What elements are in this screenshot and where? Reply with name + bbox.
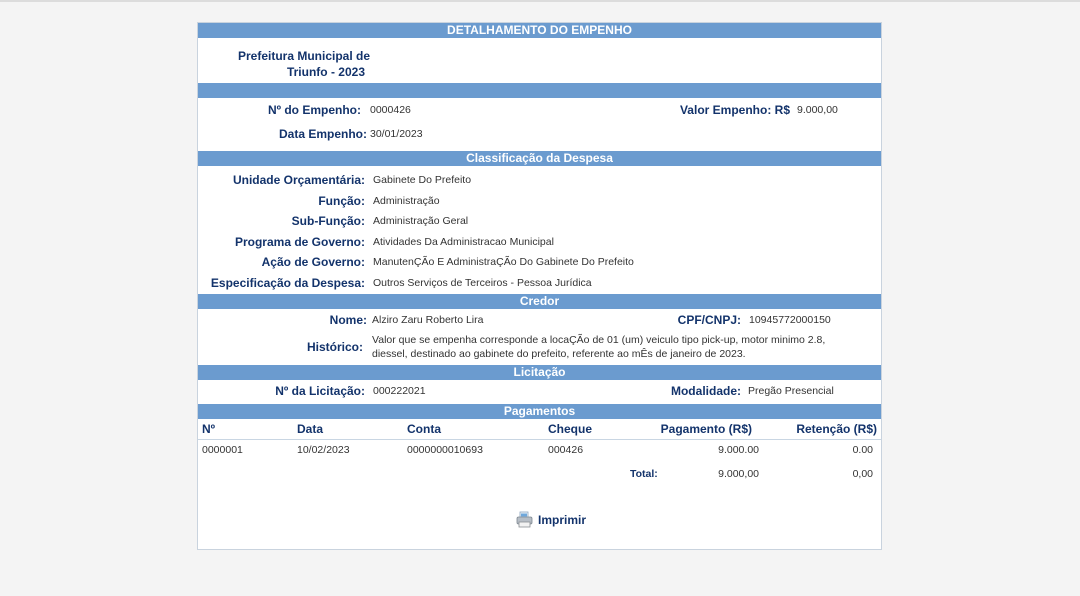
col-header-cheque: Cheque (548, 422, 592, 436)
classificacao-label: Programa de Governo: (235, 235, 365, 249)
classificacao-label: Unidade Orçamentária: (233, 173, 365, 187)
classificacao-label: Ação de Governo: (262, 255, 365, 269)
section-credor: Credor (198, 294, 881, 309)
print-button[interactable]: Imprimir (516, 511, 586, 528)
col-header-numero: Nº (202, 422, 215, 436)
row-conta: 0000000010693 (407, 444, 483, 456)
section-licitacao: Licitação (198, 365, 881, 380)
classificacao-label: Sub-Função: (292, 214, 365, 228)
col-header-retencao: Retenção (R$) (796, 422, 877, 436)
page-title: DETALHAMENTO DO EMPENHO (198, 23, 881, 38)
historico-line1: Valor que se empenha corresponde a locaÇ… (372, 334, 825, 346)
classificacao-value: Outros Serviços de Terceiros - Pessoa Ju… (373, 277, 592, 289)
row-cheque: 000426 (548, 444, 583, 456)
empenho-date-label: Data Empenho: (279, 127, 367, 141)
empenho-date: 30/01/2023 (370, 128, 423, 140)
total-label: Total: (630, 468, 658, 480)
licitacao-number: 000222021 (373, 385, 426, 397)
empenho-number: 0000426 (370, 104, 411, 116)
print-label: Imprimir (538, 513, 586, 527)
classificacao-label: Função: (318, 194, 365, 208)
cpf-cnpj: 10945772000150 (749, 314, 831, 326)
historico-line2: diessel, destinado ao gabinete do prefei… (372, 348, 746, 360)
org-name-line2: Triunfo - 2023 (238, 65, 365, 79)
licitacao-number-label: Nº da Licitação: (275, 384, 365, 398)
empenho-value: 9.000,00 (797, 104, 838, 116)
historico-label: Histórico: (307, 340, 363, 354)
total-pagamento: 9.000,00 (718, 468, 759, 480)
row-data: 10/02/2023 (297, 444, 350, 456)
col-header-conta: Conta (407, 422, 441, 436)
empenho-detail-panel: DETALHAMENTO DO EMPENHO Prefeitura Munic… (197, 22, 882, 550)
classificacao-label: Especificação da Despesa: (211, 276, 365, 290)
section-bar-blank (198, 83, 881, 98)
total-retencao: 0,00 (853, 468, 873, 480)
credor-name: Alziro Zaru Roberto Lira (372, 314, 483, 326)
col-header-pagamento: Pagamento (R$) (661, 422, 752, 436)
row-numero: 0000001 (202, 444, 243, 456)
table-header-divider (198, 439, 881, 440)
empenho-value-label: Valor Empenho: R$ (680, 103, 790, 117)
classificacao-value: Administração Geral (373, 215, 468, 227)
section-pagamentos: Pagamentos (198, 404, 881, 419)
top-border (0, 0, 1080, 2)
classificacao-value: Administração (373, 195, 440, 207)
printer-icon (516, 511, 533, 528)
modalidade: Pregão Presencial (748, 385, 834, 397)
classificacao-value: ManutenÇÃo E AdministraÇÃo Do Gabinete D… (373, 256, 634, 268)
classificacao-value: Atividades Da Administracao Municipal (373, 236, 554, 248)
row-retencao: 0.00 (853, 444, 873, 456)
empenho-number-label: Nº do Empenho: (268, 103, 361, 117)
section-classificacao: Classificação da Despesa (198, 151, 881, 166)
cpf-cnpj-label: CPF/CNPJ: (678, 313, 741, 327)
row-pagamento: 9.000.00 (718, 444, 759, 456)
modalidade-label: Modalidade: (671, 384, 741, 398)
classificacao-value: Gabinete Do Prefeito (373, 174, 471, 186)
credor-name-label: Nome: (330, 313, 367, 327)
col-header-data: Data (297, 422, 323, 436)
org-name-line1: Prefeitura Municipal de (238, 49, 368, 63)
